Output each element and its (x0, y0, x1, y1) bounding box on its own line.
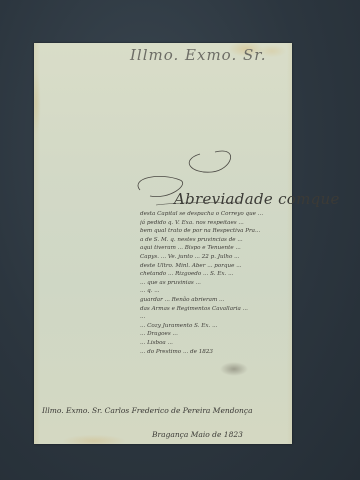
ink-smudge (220, 362, 248, 376)
body-line: ... q. ... (140, 287, 290, 296)
body-line: das Armas e Regimentos Cavallaria ... (140, 305, 290, 314)
body-line: ... Lisboa ... (140, 339, 290, 348)
body-line: ... do Prestimo ... de 1823 (140, 348, 290, 357)
body-line: ... (140, 313, 290, 322)
body-line: já pedido q. V. Exa. nos respeitaes ... (140, 219, 290, 228)
body-line: chetando ... Rizgoedo ... S. Ex. ... (140, 270, 290, 279)
letter-body: desta Capital se despacha o Correyo que … (140, 210, 290, 356)
header-mark: Illmo. Exmo. Sr. (130, 46, 267, 64)
body-line: guardar ... Renão abrieram ... (140, 296, 290, 305)
body-line: ... que as pruvinias ... (140, 279, 290, 288)
dateline: Bragança Maio de 1823 (152, 430, 243, 439)
addressee-line: Illmo. Exmo. Sr. Carlos Frederico de Per… (42, 406, 253, 415)
body-line: ... Cozy Juramento S. Ex. ... (140, 322, 290, 331)
body-line: desta Capital se despacha o Correyo que … (140, 210, 290, 219)
body-line: aqui tiveram ... Bispo e Tenuente ... (140, 244, 290, 253)
salutation-heading: Abreviadade comque (174, 190, 340, 208)
body-line: Capys. ... Ve. junto ... 22 p. Julho ... (140, 253, 290, 262)
body-line: bem qual trato de por na Respectiva Pra.… (140, 227, 290, 236)
body-line: ... Dragoes ... (140, 330, 290, 339)
body-line: deste Ultro. Minl. Aber ... porque ... (140, 262, 290, 271)
body-line: a de S. M. q. nestes pruvincias de ... (140, 236, 290, 245)
